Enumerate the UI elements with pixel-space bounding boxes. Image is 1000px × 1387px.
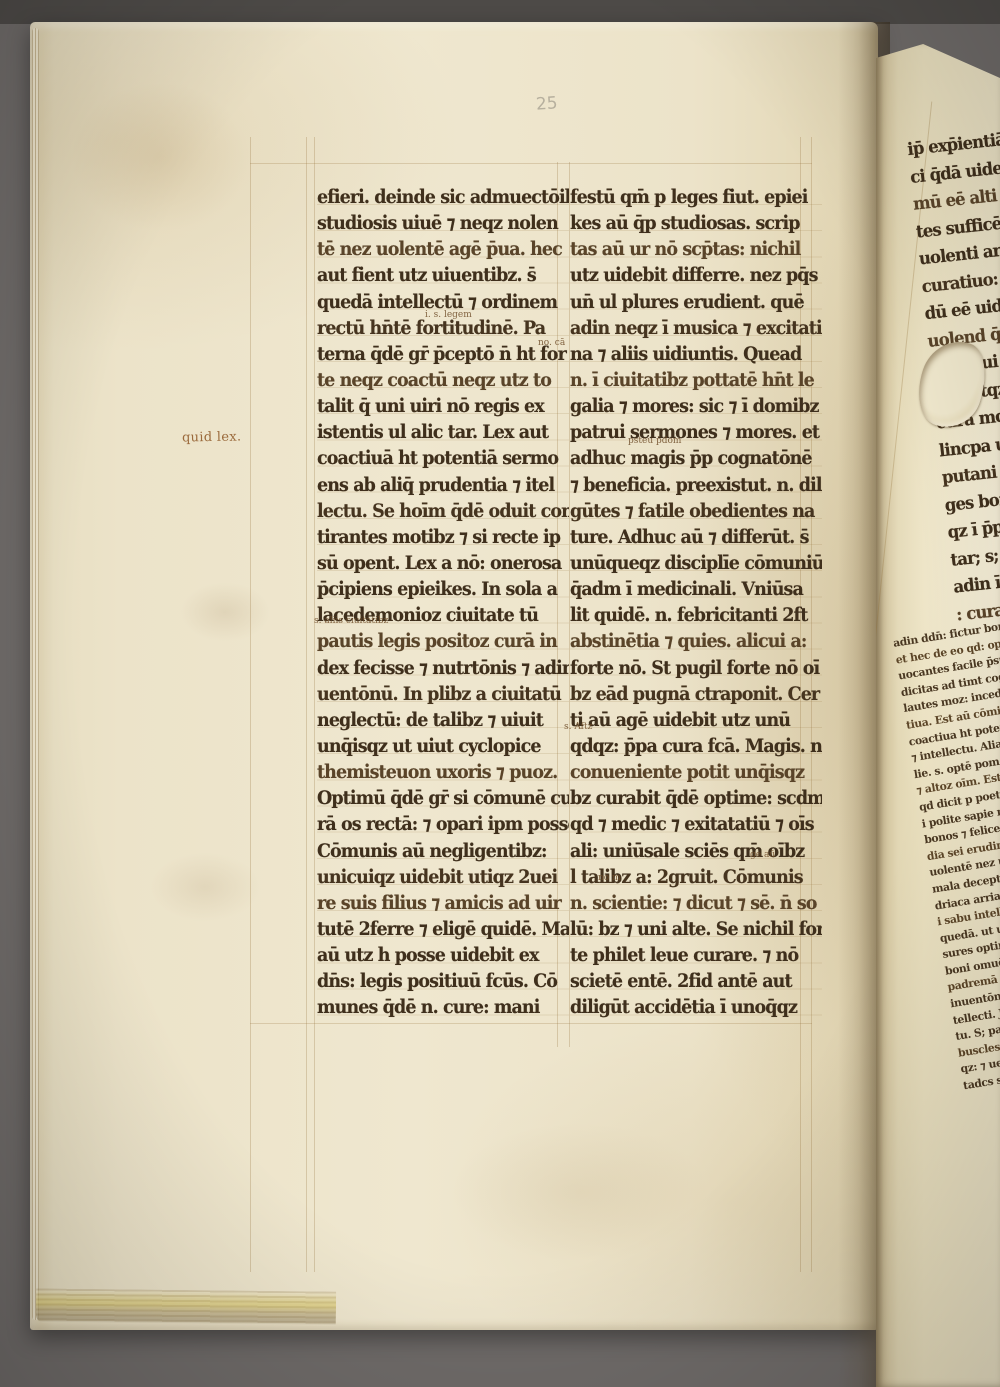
manuscript-text-line: tas aū ur nō scp̄tas: nichil (570, 237, 822, 264)
manuscript-text-line: lit quidē. n. febricitanti 2ft (570, 603, 822, 630)
manuscript-text-line: n. scientie: ⁊ dicut ⁊ sē. n̄ so (570, 890, 822, 917)
manuscript-text-line: te philet leue curare. ⁊ nō (570, 943, 822, 970)
manuscript-text-line: diligūt accidētia ī unoq̄qz (570, 995, 822, 1022)
manuscript-text-line: aū utz h posse uidebit ex (317, 943, 569, 970)
manuscript-text-line: n. ī ciuitatibz pottatē hn̄t le (570, 367, 822, 394)
manuscript-text-line: scietē entē. 2fid antē aut (570, 969, 822, 996)
manuscript-text-line: utz uidebit differre. nez pq̄s (570, 263, 822, 290)
manuscript-text-line: bz eād pugnā ctraponit. Cer (570, 681, 822, 708)
manuscript-text-line: aut fient utz uiuentibz. s̄ (317, 263, 569, 290)
interlinear-gloss: no m (598, 873, 621, 883)
manuscript-text-line: gūtes ⁊ fatile obedientes na (570, 498, 822, 525)
manuscript-text-line: Cōmunis aū negligentibz: (317, 838, 569, 865)
manuscript-text-line: Optimū q̄dē gr̄ si cōmunē cu (317, 786, 569, 813)
manuscript-text-line: unq̄isqz ut uiut cyclopice (317, 733, 569, 760)
manuscript-text-line: tē nez uolentē agē p̄ua. hec (317, 237, 569, 264)
interlinear-gloss: i. s. legem (425, 310, 472, 320)
ruling-line (306, 137, 307, 1272)
manuscript-text-line: ture. Adhuc aū ⁊ differūt. s̄ (570, 524, 822, 551)
manuscript-text-line: lū: bz ⁊ uni alte. Se nichil for (570, 916, 822, 943)
manuscript-text-line: talit q̄ uni uiri nō regis ex (317, 394, 569, 421)
interlinear-gloss: s. aliis ciuitatibz (314, 616, 388, 626)
manuscript-text-line: coactiuā ht potentiā sermo (317, 446, 569, 473)
manuscript-text-line: abstinētia ⁊ quies. alicui a: (570, 629, 822, 656)
manuscript-left-page: 25 quid lex. efieri. deinde sic admuectō… (30, 22, 878, 1330)
manuscript-text-line: uentōnū. In plibz a ciuitatū (317, 681, 569, 708)
manuscript-text-line: qdqz: p̄pa cura fcā. Magis. n. (570, 733, 822, 760)
manuscript-text-line: ⁊ beneficia. preexistut. n. dili (570, 472, 822, 499)
marginal-gloss: no. cā (538, 338, 565, 348)
manuscript-text-line: unicuiqz uidebit utiqz 2uei (317, 864, 569, 891)
manuscript-text-line: pautis legis positoz curā in (317, 629, 569, 656)
parchment-stain (450, 1122, 710, 1262)
manuscript-text-line: rā os rectā: ⁊ opari ipm posse. (317, 812, 569, 839)
ruling-line (250, 137, 251, 1272)
manuscript-text-line: ti aū agē uidebit utz unū (570, 707, 822, 734)
manuscript-text-line: unūqueqz disciplīe cōmuniū (570, 550, 822, 577)
manuscript-text-line: themisteuon uxoris ⁊ puoz. (317, 760, 569, 787)
manuscript-text-line: adhuc magis p̄p cognatōnē (570, 446, 822, 473)
parchment-stain (70, 82, 250, 232)
manuscript-text-line: galia ⁊ mores: sic ⁊ ī domibz (570, 394, 822, 421)
manuscript-text-line: tutē 2ferre ⁊ eligē quidē. Max (317, 916, 569, 943)
manuscript-text-line: terna q̄dē gr̄ p̄ceptō n̄ ht for (317, 341, 569, 368)
interlinear-gloss: ge aū (750, 850, 775, 860)
pencil-folio-number: 25 (535, 93, 558, 114)
manuscript-right-page-edge: ip̄ exp̄ientiā qci q̄dā uident fmū eē al… (876, 40, 1000, 1387)
manuscript-text-line: forte nō. St pugil forte nō oī (570, 655, 822, 682)
manuscript-text-line: patrui sermones ⁊ mores. et (570, 420, 822, 447)
manuscript-text-line: na ⁊ aliis uidiuntis. Quead (570, 341, 822, 368)
manuscript-text-line: dex fecisse ⁊ nutrtōnis ⁊ adin (317, 655, 569, 682)
margin-note-quid-lex: quid lex. (182, 429, 242, 445)
manuscript-text-line: neglectū: de talibz ⁊ uiuit (317, 707, 569, 734)
manuscript-text-line: tirantes motibz ⁊ si recte ip (317, 524, 569, 551)
marginal-gloss: s. Aftz (564, 722, 592, 732)
right-page-commentary-block: adin ddn̄: fictur bonū uirtet hec de eo … (892, 595, 1000, 1095)
ruling-line (250, 163, 812, 164)
manuscript-text-line: munes q̄dē n. cure: mani (317, 995, 569, 1022)
manuscript-text-line: p̄cipiens epieikes. In sola a (317, 577, 569, 604)
interlinear-gloss: psteu p̄dom (628, 436, 681, 446)
text-column-right: festū qm̄ p leges fiut. epieikes aū q̄p … (570, 185, 822, 1023)
manuscript-text-line: lectu. Se hoīm q̄dē oduit con (317, 498, 569, 525)
manuscript-text-line: re suis filius ⁊ amicis ad uir (317, 890, 569, 917)
page-edge-layers (32, 28, 39, 1320)
manuscript-text-line: qd ⁊ medic ⁊ exitatatiū ⁊ oīs (570, 812, 822, 839)
manuscript-text-line: bz curabit q̄dē optime: scdm (570, 786, 822, 813)
manuscript-text-line: un̄ ul plures erudient. quē (570, 289, 822, 316)
manuscript-photograph: { "colors": { "background": "#6f6b69", "… (0, 0, 1000, 1387)
manuscript-text-line: te neqz coactū neqz utz to (317, 367, 569, 394)
manuscript-text-line: ens ab aliq̄ prudentia ⁊ itel (317, 472, 569, 499)
manuscript-text-line: istentis ul alic tar. Lex aut (317, 420, 569, 447)
manuscript-text-line: conueniente potit unq̄isqz (570, 760, 822, 787)
manuscript-text-line: kes aū q̄p studiosas. scrip (570, 211, 822, 238)
parchment-stain (180, 582, 270, 642)
page-stack-bottom-edge (36, 1288, 336, 1325)
manuscript-text-line: sū opent. Lex a nō: onerosa (317, 550, 569, 577)
manuscript-text-line: efieri. deinde sic admuectōibz (317, 185, 569, 212)
parchment-stain (150, 852, 260, 922)
manuscript-text-line: adin neqz ī musica ⁊ excitati (570, 315, 822, 342)
manuscript-text-line: ali: uniūsale sciēs qm̄ oībz (570, 838, 822, 865)
ruling-line (250, 1023, 812, 1024)
manuscript-text-line: dn̄s: legis positiuū fcūs. Cō (317, 969, 569, 996)
photo-background-top-edge (0, 0, 1000, 24)
manuscript-text-line: festū qm̄ p leges fiut. epiei (570, 185, 822, 212)
ruling-line (314, 137, 315, 1272)
manuscript-text-line: q̄adm ī medicinali. Vniūsa (570, 577, 822, 604)
manuscript-text-line: studiosis uiuē ⁊ neqz nolen (317, 211, 569, 238)
